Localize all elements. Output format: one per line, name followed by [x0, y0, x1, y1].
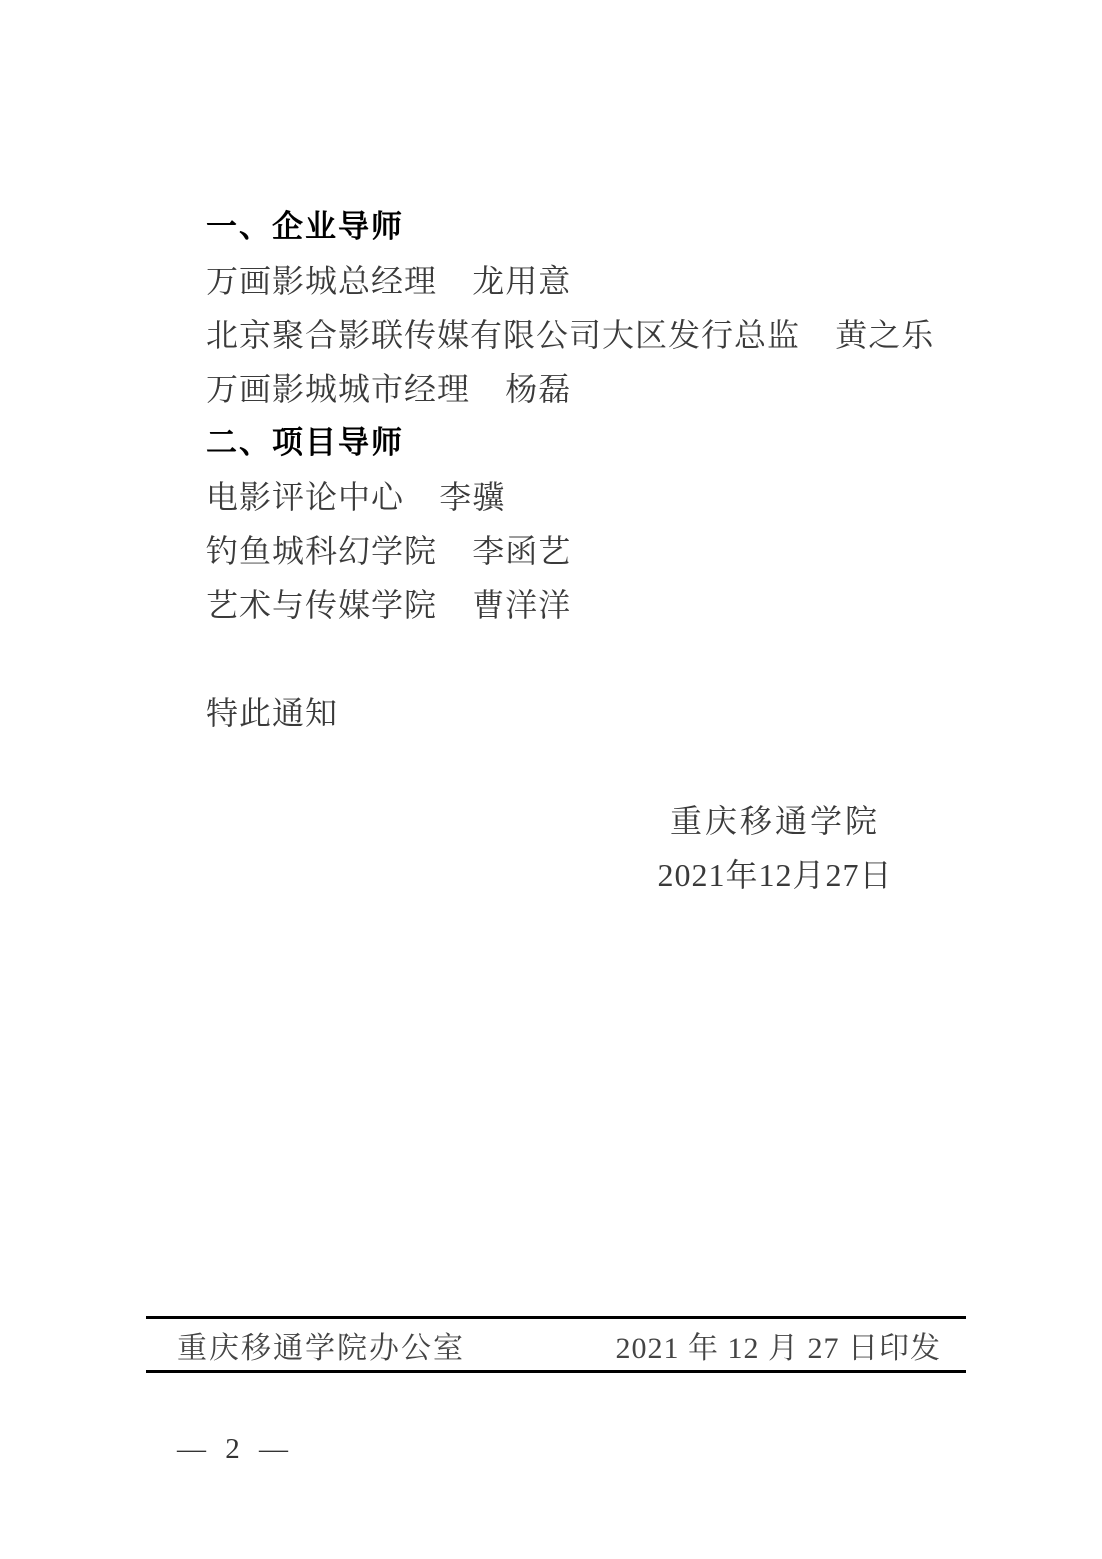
mentor-line: 万画影城总经理龙用意	[206, 254, 948, 308]
mentor-name: 杨磊	[505, 371, 571, 407]
signature-date: 2021年12月27日	[602, 848, 948, 902]
mentor-title: 万画影城城市经理	[206, 371, 470, 407]
section-heading-project-mentors: 二、项目导师	[206, 416, 948, 470]
mentor-line: 艺术与传媒学院曹洋洋	[206, 578, 948, 632]
signature-issuer: 重庆移通学院	[602, 794, 948, 848]
footer-issuing-office: 重庆移通学院办公室	[177, 1323, 465, 1367]
document-page: 一、企业导师 万画影城总经理龙用意 北京聚合影联传媒有限公司大区发行总监黄之乐 …	[0, 0, 1102, 1559]
closing-notice: 特此通知	[206, 686, 948, 740]
page-number: — 2 —	[177, 1432, 288, 1466]
document-body: 一、企业导师 万画影城总经理龙用意 北京聚合影联传媒有限公司大区发行总监黄之乐 …	[206, 200, 948, 902]
mentor-title: 钓鱼城科幻学院	[206, 533, 437, 569]
mentor-name: 龙用意	[472, 263, 571, 299]
mentor-name: 黄之乐	[835, 317, 934, 353]
footer-bottom-rule	[146, 1370, 966, 1373]
section-heading-enterprise-mentors: 一、企业导师	[206, 200, 948, 254]
mentor-line: 电影评论中心李骥	[206, 470, 948, 524]
mentor-name: 李骥	[439, 479, 505, 515]
mentor-name: 李函艺	[472, 533, 571, 569]
mentor-title: 万画影城总经理	[206, 263, 437, 299]
mentor-name: 曹洋洋	[472, 587, 571, 623]
signature-block: 重庆移通学院 2021年12月27日	[602, 794, 948, 902]
footer-print-date: 2021 年 12 月 27 日印发	[616, 1323, 942, 1367]
mentor-line: 钓鱼城科幻学院李函艺	[206, 524, 948, 578]
mentor-title: 艺术与传媒学院	[206, 587, 437, 623]
footer-colophon: 重庆移通学院办公室 2021 年 12 月 27 日印发	[146, 1319, 966, 1370]
mentor-title: 北京聚合影联传媒有限公司大区发行总监	[206, 317, 800, 353]
mentor-title: 电影评论中心	[206, 479, 404, 515]
mentor-line: 万画影城城市经理杨磊	[206, 362, 948, 416]
mentor-line: 北京聚合影联传媒有限公司大区发行总监黄之乐	[206, 308, 948, 362]
